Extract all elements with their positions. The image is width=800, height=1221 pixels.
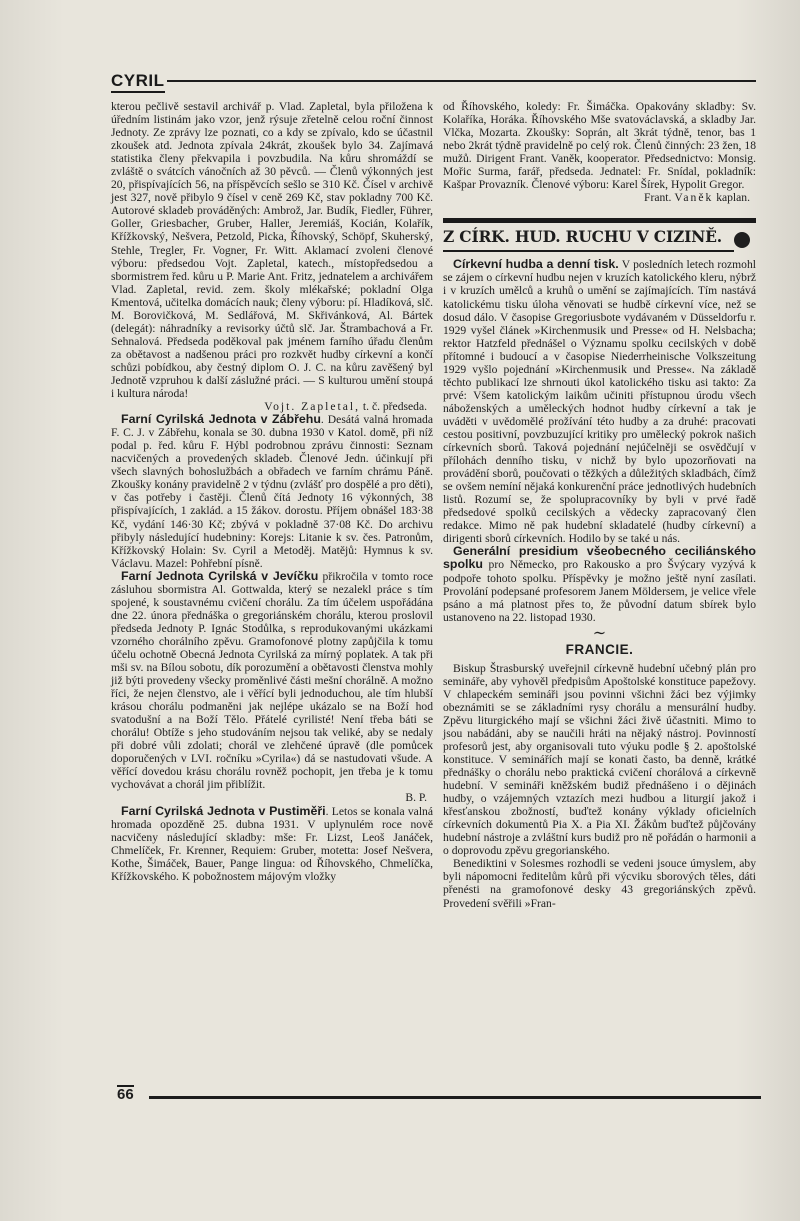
page-footer: 66 [111,1085,761,1115]
tilde-ornament-icon: ∼ [443,627,756,641]
article-jevicko: Farní Jednota Cyrilská v Jevíčku přikroč… [111,570,433,792]
article-pustimer: Farní Cyrilská Jednota v Pustiměři. Leto… [111,805,433,883]
subheading-france: FRANCIE. [443,642,756,658]
right-column: od Říhovského, koledy: Fr. Šimáčka. Opak… [443,100,756,910]
section-rule-top [443,218,756,223]
heading-zabreh: Farní Cyrilská Jednota v Zábřehu [121,412,321,426]
header-rule [167,80,756,82]
heading-pustimer: Farní Cyrilská Jednota v Pustiměři [121,804,326,818]
paragraph-solesmes: Benediktini v Solesmes rozhodli se veden… [443,857,756,909]
section-header-foreign: Z CÍRK. HUD. RUCHU V CIZINĚ. [443,218,756,252]
footer-rule [149,1096,761,1099]
section-title: Z CÍRK. HUD. RUCHU V CIZINĚ. [443,227,756,247]
paragraph-zapletal-report: kterou pečlivě sestavil archivář p. Vlad… [111,100,433,400]
signature-vanek: Frant. Vaněk kaplan. [443,191,756,204]
heading-church-music-press: Církevní hudba a denní tisk. [453,257,619,271]
article-cecilian-society: Generální presidium všeobecného cecil­iá… [443,545,756,623]
journal-title: CYRIL [111,72,165,93]
paragraph-strasbourg: Biskup Štrasburský uveřejnil církevně hu… [443,662,756,858]
heading-jevicko: Farní Jednota Cyrilská v Jevíčku [121,569,318,583]
running-header: CYRIL [111,72,756,94]
article-zabreh: Farní Cyrilská Jednota v Zábřehu. Desátá… [111,413,433,570]
page-number: 66 [117,1085,134,1103]
article-church-music-press: Církevní hudba a denní tisk. V posledníc… [443,258,756,545]
paragraph-pustimer-continued: od Říhovského, koledy: Fr. Šimáčka. Opak… [443,100,756,191]
section-rule-bottom [443,250,734,252]
left-column: kterou pečlivě sestavil archivář p. Vlad… [111,100,433,883]
